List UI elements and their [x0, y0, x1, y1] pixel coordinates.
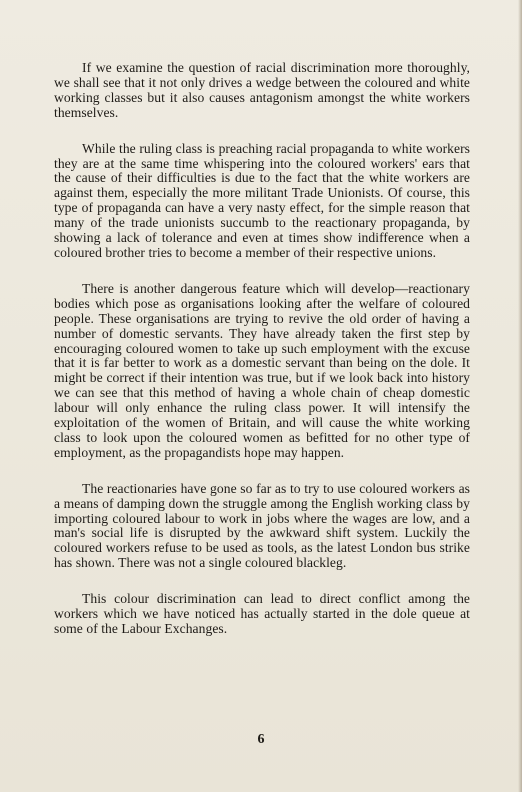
paragraph-reactionaries-labour: The reactionaries have gone so far as to…: [54, 482, 470, 571]
body-text: If we examine the question of racial dis…: [54, 61, 470, 637]
paragraph-colour-conflict: This colour discrimination can lead to d…: [54, 592, 470, 637]
book-page: If we examine the question of racial dis…: [0, 0, 522, 792]
paragraph-ruling-class-propaganda: While the ruling class is preaching raci…: [54, 142, 470, 261]
paragraph-racial-discrimination: If we examine the question of racial dis…: [54, 61, 470, 121]
paragraph-reactionary-bodies: There is another dangerous feature which…: [54, 282, 470, 461]
page-number: 6: [0, 732, 522, 748]
